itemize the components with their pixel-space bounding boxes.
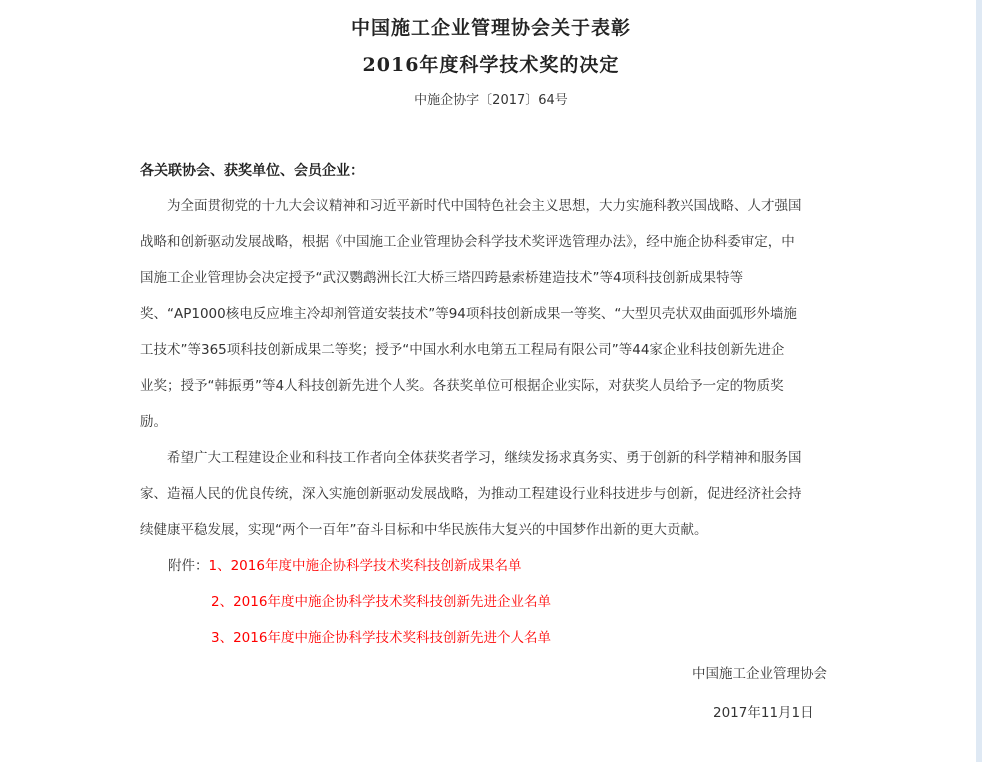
paragraph-line: 希望广大工程建设企业和科技工作者向全体获奖者学习，继续发扬求真务实、勇于创新的科… (140, 440, 830, 476)
attachment-row-1: 附件：1、2016年度中施企协科学技术奖科技创新成果名单 (168, 548, 551, 584)
attachments-section: 附件：1、2016年度中施企协科学技术奖科技创新成果名单 2、2016年度中施企… (168, 548, 551, 656)
paragraph-1: 为全面贯彻党的十九大会议精神和习近平新时代中国特色社会主义思想，大力实施科教兴国… (140, 188, 830, 440)
salutation: 各关联协会、获奖单位、会员企业： (140, 160, 364, 180)
attachment-row-2: 2、2016年度中施企协科学技术奖科技创新先进企业名单 (168, 584, 551, 620)
signature-date: 2017年11月1日 (713, 701, 814, 721)
signature-organization: 中国施工企业管理协会 (692, 662, 827, 682)
document-page: 中国施工企业管理协会关于表彰 2016年度科学技术奖的决定 中施企协字〔2017… (0, 0, 976, 762)
paragraph-line: 战略和创新驱动发展战略，根据《中国施工企业管理协会科学技术奖评选管理办法》，经中… (140, 224, 830, 260)
document-number: 中施企协字〔2017〕64号 (0, 89, 982, 108)
paragraph-line: 奖、“AP1000核电反应堆主冷却剂管道安装技术”等94项科技创新成果一等奖、“… (140, 296, 830, 332)
paragraph-2: 希望广大工程建设企业和科技工作者向全体获奖者学习，继续发扬求真务实、勇于创新的科… (140, 440, 830, 548)
attachment-row-3: 3、2016年度中施企协科学技术奖科技创新先进个人名单 (168, 620, 551, 656)
attachments-label: 附件： (168, 558, 209, 574)
paragraph-line: 国施工企业管理协会决定授予“武汉鹦鹉洲长江大桥三塔四跨悬索桥建造技术”等4项科技… (140, 260, 830, 296)
paragraph-line: 续健康平稳发展，实现“两个一百年”奋斗目标和中华民族伟大复兴的中国梦作出新的更大… (140, 512, 830, 548)
paragraph-line: 家、造福人民的优良传统，深入实施创新驱动发展战略，为推动工程建设行业科技进步与创… (140, 476, 830, 512)
paragraph-line: 业奖；授予“韩振勇”等4人科技创新先进个人奖。各获奖单位可根据企业实际，对获奖人… (140, 368, 830, 404)
paragraph-line: 为全面贯彻党的十九大会议精神和习近平新时代中国特色社会主义思想，大力实施科教兴国… (140, 188, 830, 224)
paragraph-line: 励。 (140, 404, 830, 440)
document-title-line1: 中国施工企业管理协会关于表彰 (0, 13, 982, 40)
paragraph-line: 工技术”等365项科技创新成果二等奖；授予“中国水利水电第五工程局有限公司”等4… (140, 332, 830, 368)
scrollbar-track[interactable] (976, 0, 982, 762)
attachment-link-3[interactable]: 3、2016年度中施企协科学技术奖科技创新先进个人名单 (211, 630, 551, 646)
document-title-line2: 2016年度科学技术奖的决定 (0, 50, 982, 77)
attachment-link-2[interactable]: 2、2016年度中施企协科学技术奖科技创新先进企业名单 (211, 594, 551, 610)
attachment-link-1[interactable]: 1、2016年度中施企协科学技术奖科技创新成果名单 (209, 558, 522, 574)
